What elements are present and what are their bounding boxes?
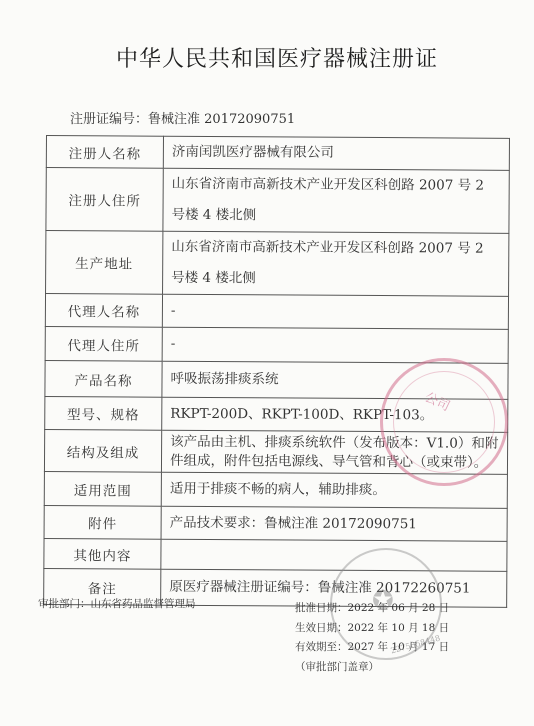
row-value: [161, 539, 507, 571]
table-row: 附件产品技术要求：鲁械注准 20172090751: [44, 505, 507, 541]
registration-number: 鲁械注准 20172090751: [148, 112, 295, 127]
row-label: 生产地址: [46, 231, 163, 295]
certificate-table: 注册人名称济南闰凯医疗器械有限公司注册人住所山东省济南市高新技术产业开发区科创路…: [43, 135, 510, 608]
table-row: 结构及组成该产品由主机、排痰系统软件（发布版本：V1.0）和附件组成，附件包括电…: [44, 429, 507, 474]
row-label: 适用范围: [44, 471, 161, 506]
registration-number-label: 注册证编号：: [70, 112, 148, 127]
seal-note: （审批部门盖章）: [295, 658, 449, 678]
row-value: 济南闰凯医疗器械有限公司: [163, 136, 509, 170]
row-label: 产品名称: [45, 360, 162, 397]
row-label: 注册人住所: [46, 168, 163, 232]
table-row: 注册人名称济南闰凯医疗器械有限公司: [46, 136, 509, 171]
effective-date-label: 生效日期：: [295, 619, 348, 639]
row-value: 山东省济南市高新技术产业开发区科创路 2007 号 2 号楼 4 楼北侧: [163, 231, 509, 296]
table-row: 代理人名称-: [45, 294, 508, 330]
effective-date-row: 生效日期：2022 年 10 月 18 日: [295, 619, 449, 639]
table-row: 生产地址山东省济南市高新技术产业开发区科创路 2007 号 2 号楼 4 楼北侧: [46, 231, 509, 297]
approval-department: 审批部门：山东省药品监督管理局: [38, 596, 196, 611]
approval-date-row: 批准日期：2022 年 06 月 28 日: [295, 599, 449, 619]
date-block: 批准日期：2022 年 06 月 28 日 生效日期：2022 年 10 月 1…: [295, 599, 449, 677]
approval-date-value: 2022 年 06 月 28 日: [348, 599, 450, 619]
row-label: 附件: [44, 505, 161, 539]
expiry-date-row: 有效期至：2027 年 10 月 17 日: [295, 638, 449, 658]
table-row: 注册人住所山东省济南市高新技术产业开发区科创路 2007 号 2 号楼 4 楼北…: [46, 168, 509, 234]
row-value: 产品技术要求：鲁械注准 20172090751: [161, 506, 507, 541]
row-value: -: [162, 327, 508, 363]
document-title: 中华人民共和国医疗器械注册证: [10, 42, 534, 73]
row-label: 结构及组成: [44, 429, 161, 472]
row-label: 代理人住所: [45, 326, 162, 361]
table-row: 产品名称呼吸振荡排痰系统: [45, 360, 508, 399]
row-label: 代理人名称: [45, 294, 162, 328]
expiry-date-value: 2027 年 10 月 17 日: [348, 638, 450, 658]
table-row: 型号、规格RKPT-200D、RKPT-100D、RKPT-103。: [45, 396, 508, 432]
expiry-date-label: 有效期至：: [295, 638, 348, 658]
registration-number-line: 注册证编号：鲁械注准 20172090751: [70, 108, 295, 127]
effective-date-value: 2022 年 10 月 18 日: [348, 619, 450, 639]
row-value: 山东省济南市高新技术产业开发区科创路 2007 号 2 号楼 4 楼北侧: [163, 168, 509, 233]
row-label: 型号、规格: [45, 396, 162, 430]
row-value: 适用于排痰不畅的病人，辅助排痰。: [161, 472, 507, 508]
row-value: -: [162, 294, 508, 329]
row-value: 呼吸振荡排痰系统: [162, 361, 508, 399]
row-value: RKPT-200D、RKPT-100D、RKPT-103。: [162, 397, 508, 432]
row-label: 注册人名称: [46, 136, 163, 169]
table-row: 其他内容: [44, 538, 507, 571]
table-row: 适用范围适用于排痰不畅的病人，辅助排痰。: [44, 471, 507, 508]
table-row: 代理人住所-: [45, 326, 508, 363]
approval-date-label: 批准日期：: [295, 599, 348, 619]
row-value: 该产品由主机、排痰系统软件（发布版本：V1.0）和附件组成，附件包括电源线、导气…: [161, 430, 507, 474]
row-label: 其他内容: [44, 538, 161, 569]
